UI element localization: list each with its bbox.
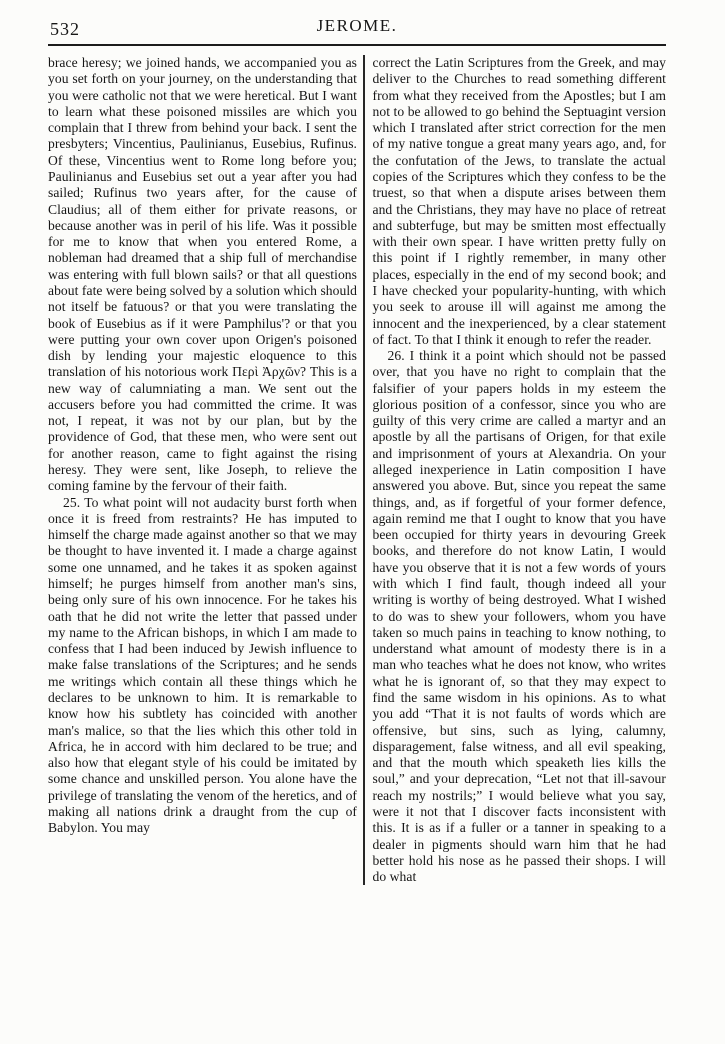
right-paragraph-continuation: correct the Latin Scriptures from the Gr… bbox=[373, 55, 667, 348]
left-paragraph-continuation: brace heresy; we joined hands, we accomp… bbox=[48, 55, 357, 495]
right-column: correct the Latin Scriptures from the Gr… bbox=[373, 55, 667, 885]
left-paragraph-section-25: 25. To what point will not audacity burs… bbox=[48, 495, 357, 837]
header-rule bbox=[48, 44, 666, 46]
running-head-title: JEROME. bbox=[48, 16, 666, 36]
text-columns: brace heresy; we joined hands, we accomp… bbox=[48, 55, 666, 885]
book-page: 532 JEROME. brace heresy; we joined hand… bbox=[0, 0, 725, 1044]
right-paragraph-section-26: 26. I think it a point which should not … bbox=[373, 348, 667, 885]
left-column: brace heresy; we joined hands, we accomp… bbox=[48, 55, 357, 885]
column-divider-rule bbox=[363, 55, 365, 885]
